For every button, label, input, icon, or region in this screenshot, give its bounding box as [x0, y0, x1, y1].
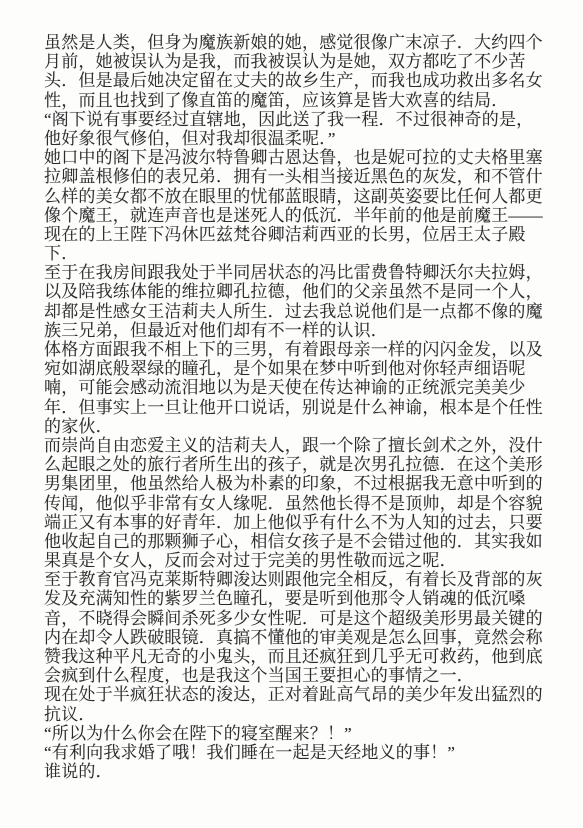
text-line: 族三兄弟，但最近对他们却有不一样的认识．	[44, 321, 549, 340]
text-line: “所以为什么你会在陛下的寝室醒来？！”	[44, 724, 549, 743]
text-line: 么样的美女都不放在眼里的忧郁蓝眼睛，这副英姿要比任何人都更	[44, 187, 549, 206]
text-line: 他收起自己的那颗狮子心，相信女孩子是不会错过他的．其实我如	[44, 532, 549, 551]
text-line: 男集团里，他虽然给人极为朴素的印象，不过根据我无意中听到的	[44, 474, 549, 493]
text-line: 果真是个女人，反而会对过于完美的男性敬而远之呢．	[44, 551, 549, 570]
text-line: 年．但事实上一旦让他开口说话，别说是什么神谕，根本是个任性	[44, 398, 549, 417]
text-line: 下．	[44, 244, 549, 263]
text-line: 头．但是最后她决定留在丈夫的故乡生产，而我也成功救出多名女	[44, 71, 549, 90]
text-line: 他好象很气修伯，但对我却很温柔呢．”	[44, 129, 549, 148]
text-line: 拉卿盖根修伯的表兄弟．拥有一头相当接近黑色的灰发，和不管什	[44, 167, 549, 186]
text-line: 却都是性感女王洁莉夫人所生．过去我总说他们是一点都不像的魔	[44, 302, 549, 321]
text-line: 虽然是人类，但身为魔族新娘的她，感觉很像广末凉子．大约四个	[44, 33, 549, 52]
novel-text-block: 虽然是人类，但身为魔族新娘的她，感觉很像广末凉子．大约四个月前，她被误认为是我，…	[44, 33, 549, 781]
text-line: 端正又有本事的好青年．加上他似乎有什么不为人知的过去，只要	[44, 513, 549, 532]
text-line: 体格方面跟我不相上下的三男，有着跟母亲一样的闪闪金发，以及	[44, 340, 549, 359]
text-line: 谁说的．	[44, 762, 549, 781]
text-line: 至于在我房间跟我处于半同居状态的冯比雷费鲁特卿沃尔夫拉姆，	[44, 263, 549, 282]
text-line: 赞我这种平凡无奇的小鬼头，而且还疯狂到几乎无可救药，他到底	[44, 647, 549, 666]
text-line: “有利向我求婚了哦！我们睡在一起是天经地义的事！”	[44, 743, 549, 762]
text-line: 至于教育官冯克莱斯特卿浚达则跟他完全相反，有着长及背部的灰	[44, 570, 549, 589]
text-line: 以及陪我练体能的维拉卿孔拉德，他们的父亲虽然不是同一个人，	[44, 282, 549, 301]
text-line: 内在却令人跌破眼镜．真搞不懂他的审美观是怎么回事，竟然会称	[44, 628, 549, 647]
text-line: 现在的上王陛下冯休匹兹梵谷卿洁莉西亚的长男，位居王太子殿	[44, 225, 549, 244]
text-line: 像个魔王，就连声音也是迷死人的低沉．半年前的他是前魔王——	[44, 206, 549, 225]
text-line: 喃，可能会感动流泪地以为是天使在传达神谕的正统派完美美少	[44, 378, 549, 397]
novel-page: 虽然是人类，但身为魔族新娘的她，感觉很像广末凉子．大约四个月前，她被误认为是我，…	[0, 0, 583, 828]
text-line: 宛如湖底般翠绿的瞳孔，是个如果在梦中听到他对你轻声细语呢	[44, 359, 549, 378]
text-line: 她口中的阁下是冯波尔特鲁卿古恩达鲁，也是妮可拉的丈夫格里塞	[44, 148, 549, 167]
text-line: 抗议．	[44, 705, 549, 724]
text-line: 的家伙．	[44, 417, 549, 436]
text-line: 传闻，他似乎非常有女人缘呢．虽然他长得不是顶帅，却是个容貌	[44, 494, 549, 513]
text-line: 么起眼之处的旅行者所生出的孩子，就是次男孔拉德．在这个美形	[44, 455, 549, 474]
text-line: “阁下说有事要经过直辖地，因此送了我一程．不过很神奇的是，	[44, 110, 549, 129]
text-line: 月前，她被误认为是我，而我被误认为是她，双方都吃了不少苦	[44, 52, 549, 71]
text-line: 而崇尚自由恋爱主义的洁莉夫人，跟一个除了擅长剑术之外，没什	[44, 436, 549, 455]
text-line: 会疯到什么程度，也是我这个当国王要担心的事情之一．	[44, 666, 549, 685]
text-line: 音，不晓得会瞬间杀死多少女性呢．可是这个超级美形男最关键的	[44, 609, 549, 628]
text-line: 性，而且也找到了像直笛的魔笛，应该算是皆大欢喜的结局．	[44, 91, 549, 110]
text-line: 现在处于半疯狂状态的浚达，正对着趾高气昂的美少年发出猛烈的	[44, 685, 549, 704]
text-line: 发及充满知性的紫罗兰色瞳孔，要是听到他那令人销魂的低沉嗓	[44, 589, 549, 608]
